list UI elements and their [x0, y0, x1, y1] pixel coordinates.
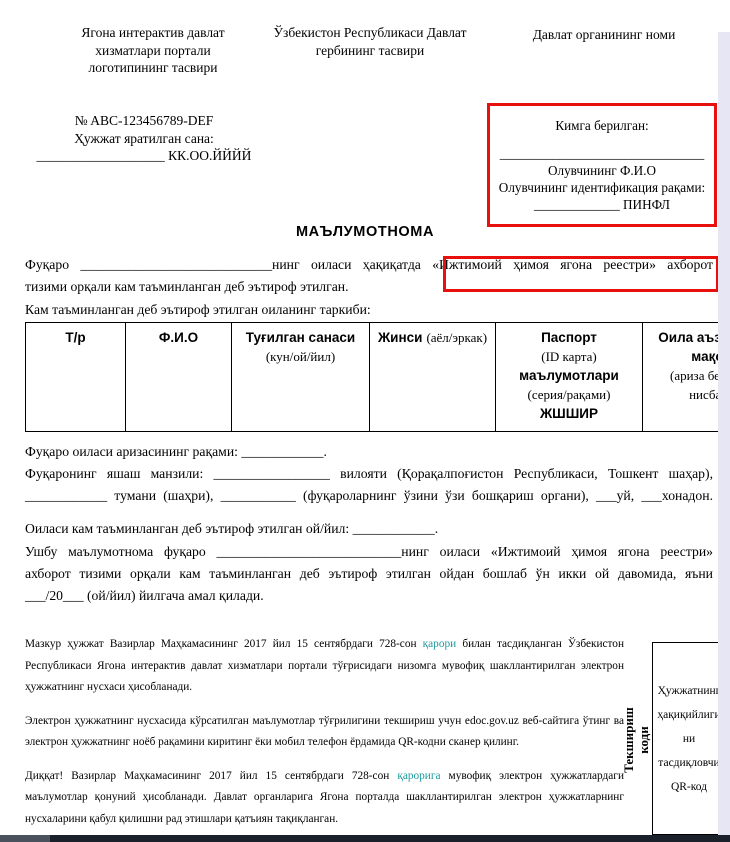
table-header-birth-date: Туғилган санаси (кун/ой/йил): [232, 323, 370, 432]
state-emblem-placeholder: Ўзбекистон Республикаси Давлат гербининг…: [272, 24, 468, 59]
table-header-member-status: Оила аъзосининг мақоми (ариза берувчига …: [643, 323, 730, 432]
portal-logo-placeholder: Ягона интерактив давлат хизматлари порта…: [57, 24, 249, 77]
created-date-value: ___________________ КК.ОО.ЙЙЙЙ: [25, 147, 263, 165]
paragraph-line: ахборот тизими орқали кам таъминланган д…: [25, 563, 713, 585]
recipient-box: Кимга берилган: ________________________…: [487, 103, 717, 227]
decree-link[interactable]: қарорига: [397, 770, 440, 782]
header-main: маълумотлари: [502, 366, 636, 385]
header-note: (серия/рақами): [502, 385, 636, 404]
table-header-passport: Паспорт (ID карта) маълумотлари (серия/р…: [496, 323, 643, 432]
header-main: Жинси: [378, 330, 422, 345]
paragraph-validity: Ушбу маълумотнома фуқаро _______________…: [25, 541, 713, 607]
horizontal-scrollbar[interactable]: [0, 835, 730, 842]
recipient-fio-label: Олувчининг Ф.И.О: [490, 162, 714, 179]
table-header-gender: Жинси (аёл/эркак): [370, 323, 496, 432]
header-note: (кун/ой/йил): [266, 349, 335, 364]
footer-paragraph-copy-validity: Мазкур ҳужжат Вазирлар Маҳкамасининг 201…: [25, 634, 624, 699]
horizontal-scrollbar-thumb[interactable]: [0, 835, 50, 842]
recipient-title: Кимга берилган:: [490, 117, 714, 134]
paragraph-address: Фуқаронинг яшаш манзили: _______________…: [25, 463, 713, 507]
recipient-pinfl-line: _____________ ПИНФЛ: [490, 196, 714, 213]
header-note: (ID карта): [502, 347, 636, 366]
verification-code-vertical-label: Текшириш коди: [621, 700, 653, 780]
table-caption: Кам таъминланган деб эътироф этилган оил…: [25, 299, 713, 321]
legal-footer: Мазкур ҳужжат Вазирлар Маҳкамасининг 201…: [25, 634, 624, 842]
created-date-label: Ҳужжат яратилган сана:: [25, 130, 263, 148]
header-main: Туғилган санаси: [246, 330, 355, 345]
footer-paragraph-verification: Электрон ҳужжатнинг нусхасида кўрсатилга…: [25, 711, 624, 754]
family-members-table: Т/р Ф.И.О Туғилган санаси (кун/ой/йил) Ж…: [25, 322, 730, 432]
header-main: ЖШШИР: [502, 404, 636, 423]
registry-highlight-box: [443, 256, 719, 292]
paragraph-line: Фуқаронинг яшаш манзили: _______________…: [25, 463, 713, 485]
table-header-number: Т/р: [26, 323, 126, 432]
table-header-row: Т/р Ф.И.О Туғилган санаси (кун/ой/йил) Ж…: [26, 323, 730, 432]
header-note: (аёл/эркак): [426, 330, 487, 345]
footer-text: Мазкур ҳужжат Вазирлар Маҳкамасининг 201…: [25, 638, 423, 650]
recipient-id-label: Олувчининг идентификация рақами:: [490, 179, 714, 196]
page-title: МАЪЛУМОТНОМА: [0, 224, 730, 240]
vertical-scrollbar[interactable]: [718, 32, 730, 835]
decree-link[interactable]: қарори: [423, 638, 457, 650]
paragraph-line: ____________ тумани (шаҳри), ___________…: [25, 485, 713, 507]
header-main: Паспорт: [502, 328, 636, 347]
org-name-placeholder: Давлат органининг номи: [505, 26, 703, 44]
recipient-blank-line: _______________________________: [490, 145, 714, 162]
qr-code-note: Ҳужжатнинг ҳақиқийлигини тасдиқловчи QR-…: [655, 679, 723, 799]
document-number: № ABC-123456789-DEF: [25, 112, 263, 130]
header-main: Т/р: [65, 330, 85, 345]
paragraph-recognized-month: Оиласи кам таъминланган деб эътироф этил…: [25, 518, 713, 540]
footer-paragraph-warning: Диққат! Вазирлар Маҳкамасининг 2017 йил …: [25, 766, 624, 831]
document-page: Ягона интерактив давлат хизматлари порта…: [0, 0, 730, 842]
footer-text: Диққат! Вазирлар Маҳкамасининг 2017 йил …: [25, 770, 397, 782]
header-main: Ф.И.О: [159, 330, 198, 345]
table-header-fio: Ф.И.О: [126, 323, 232, 432]
paragraph-line: Ушбу маълумотнома фуқаро _______________…: [25, 541, 713, 563]
qr-code-box: Ҳужжатнинг ҳақиқийлигини тасдиқловчи QR-…: [652, 642, 726, 835]
paragraph-line: ___/20___ (ой/йил) йилгача амал қилади.: [25, 585, 713, 607]
paragraph-application-number: Фуқаро оиласи аризасининг рақами: ______…: [25, 441, 713, 463]
document-meta: № ABC-123456789-DEF Ҳужжат яратилган сан…: [25, 112, 263, 165]
